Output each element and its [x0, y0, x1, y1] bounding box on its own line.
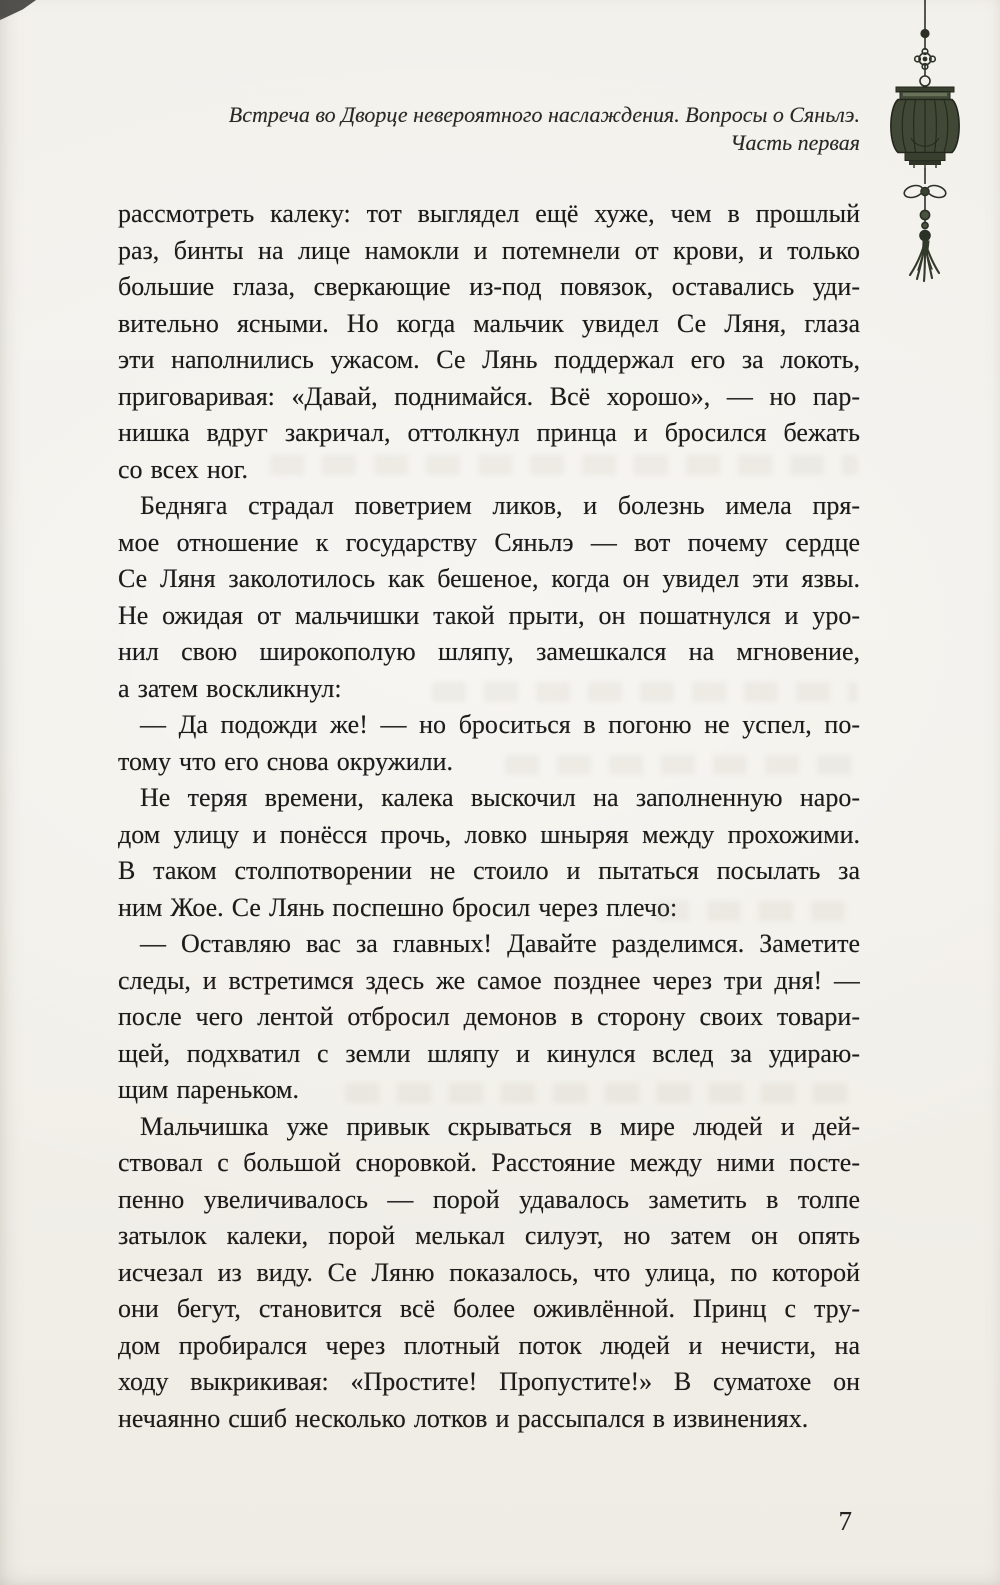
tassel-head [920, 231, 930, 241]
text-line: — Оставляю вас за главных! Давайте разде… [118, 926, 860, 963]
text-line: Се Ляня заколотилось как бешеное, когда … [118, 561, 860, 598]
text-line: рассмотреть калеку: тот выглядел ещё хуж… [118, 196, 860, 233]
scan-corner-artifact [0, 0, 46, 23]
text-line: ходу выкрикивая: «Простите! Пропустите!»… [118, 1364, 860, 1401]
text-line: исчезал из виду. Се Ляню показалось, что… [118, 1255, 860, 1292]
text-line: после чего лентой отбросил демонов в сто… [118, 999, 860, 1036]
lantern-body [891, 100, 959, 153]
text-line: следы, и встретимся здесь же самое поздн… [118, 963, 860, 1000]
text-line: В таком столпотворении не стоило и пытат… [118, 853, 860, 890]
text-line: пенно увеличивалось — порой удавалось за… [118, 1182, 860, 1219]
text-line: дом улицу и понёсся прочь, ловко шныряя … [118, 817, 860, 854]
text-line: тому что его снова окружили. [118, 744, 860, 781]
text-line: нишка вдруг закричал, оттолкнул принца и… [118, 415, 860, 452]
text-line: — Да подожди же! — но броситься в погоню… [118, 707, 860, 744]
text-line: со всех ног. [118, 452, 860, 489]
text-line: раз, бинты на лице намокли и потемнели о… [118, 233, 860, 270]
text-line: нечаянно сшиб несколько лотков и рассыпа… [118, 1401, 860, 1438]
text-line: нил свою широкополую шляпу, замешкался н… [118, 634, 860, 671]
tassel [910, 241, 939, 281]
text-line: мое отношение к государству Сяньлэ — вот… [118, 525, 860, 562]
text-line: Не ожидая от мальчишки такой прыти, он п… [118, 598, 860, 635]
text-line: а затем воскликнул: [118, 671, 860, 708]
text-line: ним Жое. Се Лянь поспешно бросил через п… [118, 890, 860, 927]
lantern-top-cap [896, 87, 954, 100]
text-line: большие глаза, сверкающие из-под повязок… [118, 269, 860, 306]
text-line: они бегут, становится всё более оживлённ… [118, 1291, 860, 1328]
text-line: Не теряя времени, калека выскочил на зап… [118, 780, 860, 817]
text-line: щей, подхватил с земли шляпу и кинулся в… [118, 1036, 860, 1073]
text-line: вительно ясными. Но когда мальчик увидел… [118, 306, 860, 343]
running-header-line2: Часть первая [118, 129, 860, 157]
text-line: ствовал с большой сноровкой. Расстояние … [118, 1145, 860, 1182]
page-number: 7 [118, 1506, 852, 1537]
running-header-line1: Встреча во Дворце невероятного наслажден… [118, 101, 860, 129]
text-line: дом пробирался через плотный поток людей… [118, 1328, 860, 1365]
running-header: Встреча во Дворце невероятного наслажден… [118, 101, 860, 156]
text-line: щим пареньком. [118, 1072, 860, 1109]
text-line: эти наполнились ужасом. Се Лянь поддержа… [118, 342, 860, 379]
body-text: рассмотреть калеку: тот выглядел ещё хуж… [118, 196, 860, 1437]
lantern-bottom-cap [905, 153, 945, 169]
text-line: Бедняга страдал поветрием ликов, и болез… [118, 488, 860, 525]
string-bead [921, 30, 929, 38]
text-line: приговаривая: «Давай, поднимайся. Всё хо… [118, 379, 860, 416]
text-line: Мальчишка уже привык скрываться в мире л… [118, 1109, 860, 1146]
lantern-ornament-icon [875, 0, 975, 290]
tassel-bead-small [922, 222, 928, 228]
tassel-bead-large [920, 210, 929, 219]
book-page: Встреча во Дворце невероятного наслажден… [0, 0, 1000, 1585]
text-line: затылок калеки, порой мелькал силуэт, но… [118, 1218, 860, 1255]
lantern-ring [920, 76, 930, 86]
